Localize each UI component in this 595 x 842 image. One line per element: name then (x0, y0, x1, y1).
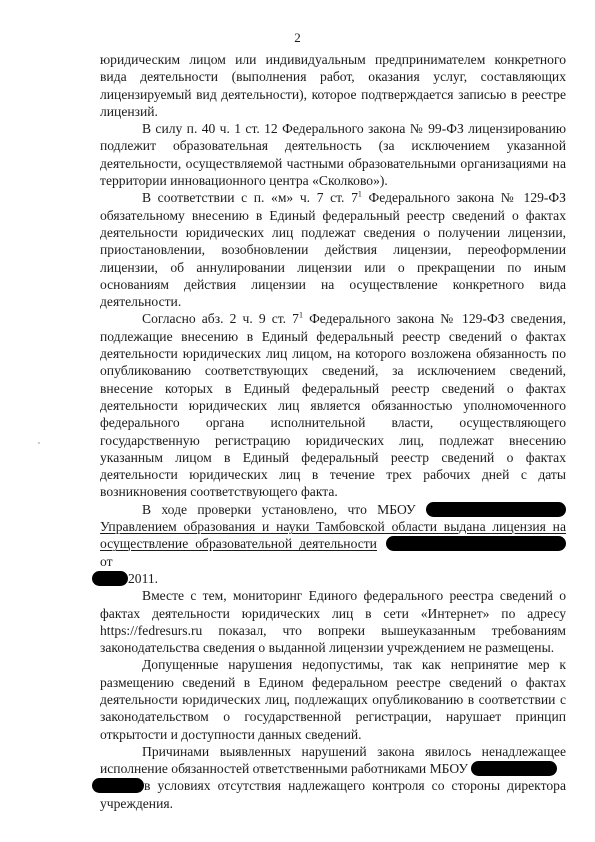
text: Согласно абз. 2 ч. 9 ст. 7 (142, 311, 299, 326)
document-body: юридическим лицом или индивидуальным пре… (100, 51, 566, 812)
text: Федерального закона № 129-ФЗ обязательно… (100, 190, 566, 309)
redaction-school-name (471, 761, 557, 776)
paragraph-law-129fz-registry: В соответствии с п. «м» ч. 7 ст. 71 Феде… (100, 189, 566, 310)
paragraph-inspection-findings: В ходе проверки установлено, что МБОУ Уп… (100, 501, 566, 587)
redaction-school-name (426, 502, 566, 517)
redaction-school-name-continued (92, 778, 144, 793)
paragraph-law-129fz-deadline: Согласно абз. 2 ч. 9 ст. 71 Федерального… (100, 310, 566, 500)
paragraph-registry-monitoring: Вместе с тем, мониторинг Единого федерал… (100, 587, 566, 656)
text: В ходе проверки установлено, что МБОУ (142, 502, 416, 517)
text: В соответствии с п. «м» ч. 7 ст. 7 (142, 190, 358, 205)
text: Федерального закона № 129-ФЗ сведения, п… (100, 311, 566, 499)
page-number: 2 (0, 30, 595, 46)
paragraph-violation-causes: Причинами выявленных нарушений закона яв… (100, 743, 566, 812)
text: от (100, 554, 113, 569)
scan-speck (38, 442, 40, 444)
redaction-license-date (92, 571, 128, 586)
paragraph-license-definition-continued: юридическим лицом или индивидуальным пре… (100, 51, 566, 120)
text: 2011. (128, 571, 158, 586)
paragraph-violation-assessment: Допущенные нарушения недопустимы, так ка… (100, 656, 566, 742)
redaction-license-number (386, 536, 566, 551)
paragraph-licensing-law-99fz: В силу п. 40 ч. 1 ст. 12 Федерального за… (100, 120, 566, 189)
text: в условиях отсутствия надлежащего контро… (100, 778, 566, 810)
